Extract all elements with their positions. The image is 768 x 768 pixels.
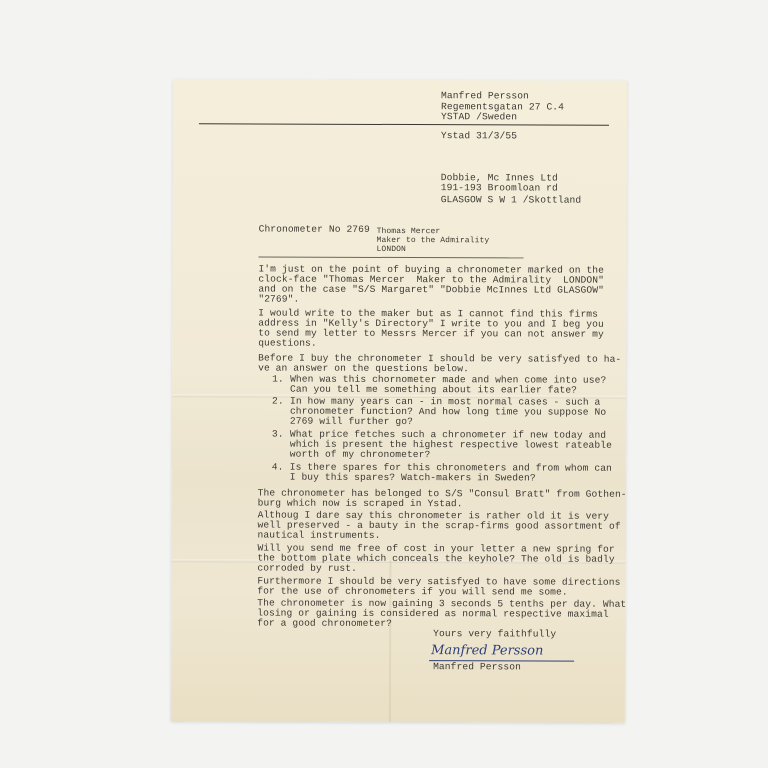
paragraph-line: corroded by rust.: [257, 563, 357, 575]
recipient-city: GLASGOW S W 1 /Skottland: [441, 194, 582, 206]
header-rule: [199, 123, 609, 125]
question-line: Can you tell me something about its earl…: [290, 384, 577, 396]
paragraph-line: and on the case "S/S Margaret" "Dobbie M…: [258, 284, 604, 296]
handwritten-signature: Manfred Persson: [431, 643, 543, 658]
closing-block: Yours very faithfully Manfred Persson Ma…: [173, 79, 627, 81]
question-number: 1.: [272, 374, 284, 385]
letter-body: I'm just on the point of buying a chrono…: [173, 79, 627, 81]
question-number: 2.: [272, 396, 284, 407]
sender-block: Manfred Persson Regementsgatan 27 C.4 YS…: [173, 79, 627, 81]
paragraph-line: burg which now is scraped in Ystad.: [258, 498, 463, 510]
paragraph-line: questions.: [258, 338, 317, 349]
recipient-street: 191-193 Broomloan rd: [441, 182, 558, 194]
letter-paper: Manfred Persson Regementsgatan 27 C.4 YS…: [171, 79, 627, 723]
question-line: 2769 will further go?: [290, 416, 413, 428]
sender-name: Manfred Persson: [441, 90, 529, 102]
question-line: worth of my chronometer?: [290, 449, 431, 461]
subject-rule: [259, 257, 524, 259]
closing-text: Yours very faithfully: [433, 628, 556, 640]
subject-city: LONDON: [377, 244, 406, 255]
paragraph-line: for the use of chronometers if you will …: [257, 586, 567, 598]
question-line: I buy this spares? Watch-makers in Swede…: [290, 472, 536, 484]
typed-signature: Manfred Persson: [433, 661, 521, 673]
sender-city: YSTAD /Sweden: [441, 111, 517, 122]
question-number: 3.: [272, 429, 284, 440]
subject-block: Chronometer No 2769 Thomas Mercer Maker …: [173, 79, 627, 81]
paragraph-line: nautical instruments.: [258, 530, 381, 542]
recipient-block: Dobbie, Mc Innes Ltd 191-193 Broomloan r…: [173, 79, 627, 81]
paragraph-line: "2769".: [258, 294, 299, 305]
letter-date: Ystad 31/3/55: [441, 130, 517, 141]
question-number: 4.: [272, 462, 284, 473]
subject-label: Chronometer No 2769: [259, 224, 370, 236]
paragraph-line: for a good chronometer?: [257, 618, 392, 630]
